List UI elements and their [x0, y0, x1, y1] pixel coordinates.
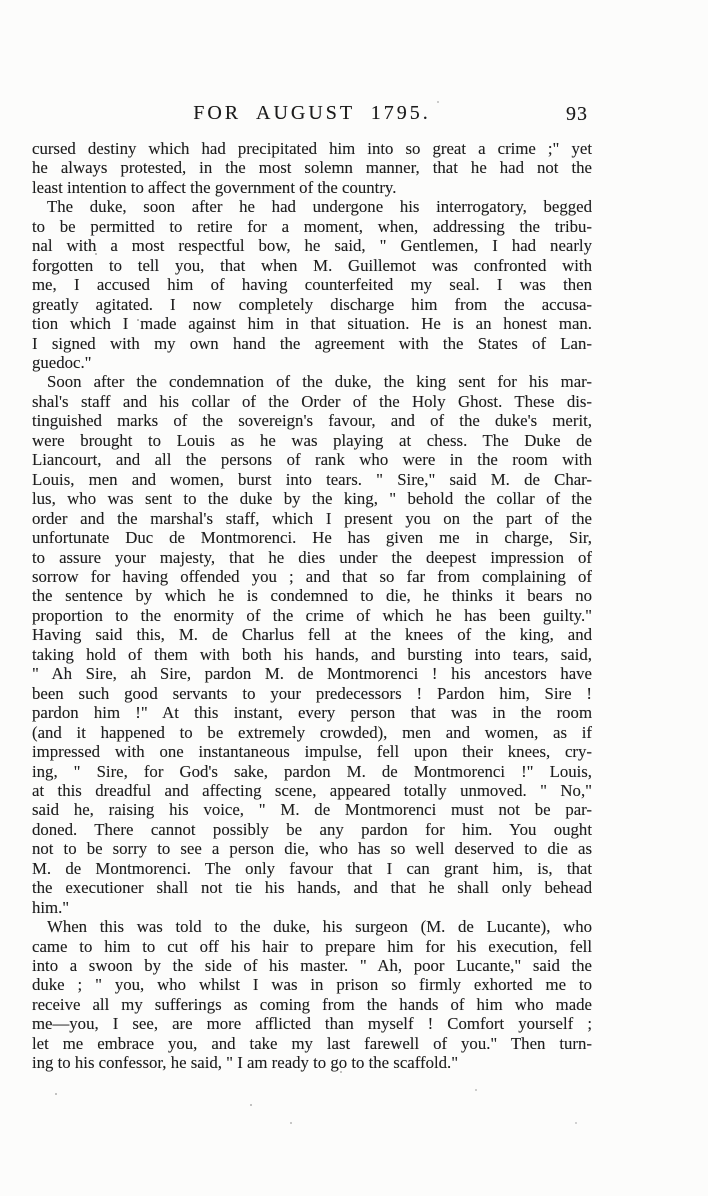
text-line: into a swoon by the side of his master. … [32, 956, 592, 975]
text-line: him." [32, 898, 592, 917]
paragraph-continuation: cursed destiny which had precipitated hi… [32, 139, 592, 197]
text-line: ing to his confessor, he said, " I am re… [32, 1053, 592, 1072]
text-line: the sentence by which he is condemned to… [32, 586, 592, 605]
text-line: pardon him !" At this instant, every per… [32, 703, 592, 722]
text-line: M. de Montmorenci. The only favour that … [32, 859, 592, 878]
text-line: unfortunate Duc de Montmorenci. He has g… [32, 528, 592, 547]
paragraph-duke-interrogatory: The duke, soon after he had undergone hi… [32, 197, 592, 372]
text-line: order and the marshal's staff, which I p… [32, 509, 592, 528]
text-line: sorrow for having offended you ; and tha… [32, 567, 592, 586]
text-line: I signed with my own hand the agreement … [32, 334, 592, 353]
text-line: were brought to Louis as he was playing … [32, 431, 592, 450]
text-line: Soon after the condemnation of the duke,… [32, 372, 592, 391]
paragraph-surgeon: When this was told to the duke, his surg… [32, 917, 592, 1073]
text-line: me—you, I see, are more afflicted than m… [32, 1014, 592, 1033]
text-line: lus, who was sent to the duke by the kin… [32, 489, 592, 508]
text-line: tinguished marks of the sovereign's favo… [32, 411, 592, 430]
text-line: to assure your majesty, that he dies und… [32, 548, 592, 567]
text-line: cursed destiny which had precipitated hi… [32, 139, 592, 158]
text-line: greatly agitated. I now completely disch… [32, 295, 592, 314]
text-line: the executioner shall not tie his hands,… [32, 878, 592, 897]
text-line: least intention to affect the government… [32, 178, 592, 197]
text-line: impressed with one instantaneous impulse… [32, 742, 592, 761]
text-line: ing, " Sire, for God's sake, pardon M. d… [32, 762, 592, 781]
page-header: FOR AUGUST 1795. 93 [32, 102, 592, 130]
text-line: at this dreadful and affecting scene, ap… [32, 781, 592, 800]
text-line: duke ; " you, who whilst I was in prison… [32, 975, 592, 994]
text-line: " Ah Sire, ah Sire, pardon M. de Montmor… [32, 664, 592, 683]
text-line: to be permitted to retire for a moment, … [32, 217, 592, 236]
text-line: forgotten to tell you, that when M. Guil… [32, 256, 592, 275]
text-line: me, I accused him of having counterfeite… [32, 275, 592, 294]
text-line: said he, raising his voice, " M. de Mont… [32, 800, 592, 819]
text-line: nal with a most respectful bow, he said,… [32, 236, 592, 255]
text-line: not to be sorry to see a person die, who… [32, 839, 592, 858]
text-line: receive all my sufferings as coming from… [32, 995, 592, 1014]
text-line: been such good servants to your predeces… [32, 684, 592, 703]
text-line: taking hold of them with both his hands,… [32, 645, 592, 664]
text-line: shal's staff and his collar of the Order… [32, 392, 592, 411]
text-line: Having said this, M. de Charlus fell at … [32, 625, 592, 644]
text-line: (and it happened to be extremely crowded… [32, 723, 592, 742]
scan-noise [0, 0, 2, 2]
text-line: When this was told to the duke, his surg… [32, 917, 592, 936]
text-line: let me embrace you, and take my last far… [32, 1034, 592, 1053]
text-line: tion which I made against him in that si… [32, 314, 592, 333]
text-line: The duke, soon after he had undergone hi… [32, 197, 592, 216]
paragraph-condemnation: Soon after the condemnation of the duke,… [32, 372, 592, 917]
scanned-page: FOR AUGUST 1795. 93 cursed destiny which… [0, 0, 708, 1196]
text-line: came to him to cut off his hair to prepa… [32, 937, 592, 956]
text-line: doned. There cannot possibly be any pard… [32, 820, 592, 839]
page-body: cursed destiny which had precipitated hi… [32, 139, 592, 1073]
text-line: Liancourt, and all the persons of rank w… [32, 450, 592, 469]
running-title: FOR AUGUST 1795. [32, 102, 592, 125]
text-line: he always protested, in the most solemn … [32, 158, 592, 177]
text-line: Louis, men and women, burst into tears. … [32, 470, 592, 489]
page-number: 93 [566, 103, 588, 126]
text-line: proportion to the enormity of the crime … [32, 606, 592, 625]
text-line: guedoc." [32, 353, 592, 372]
